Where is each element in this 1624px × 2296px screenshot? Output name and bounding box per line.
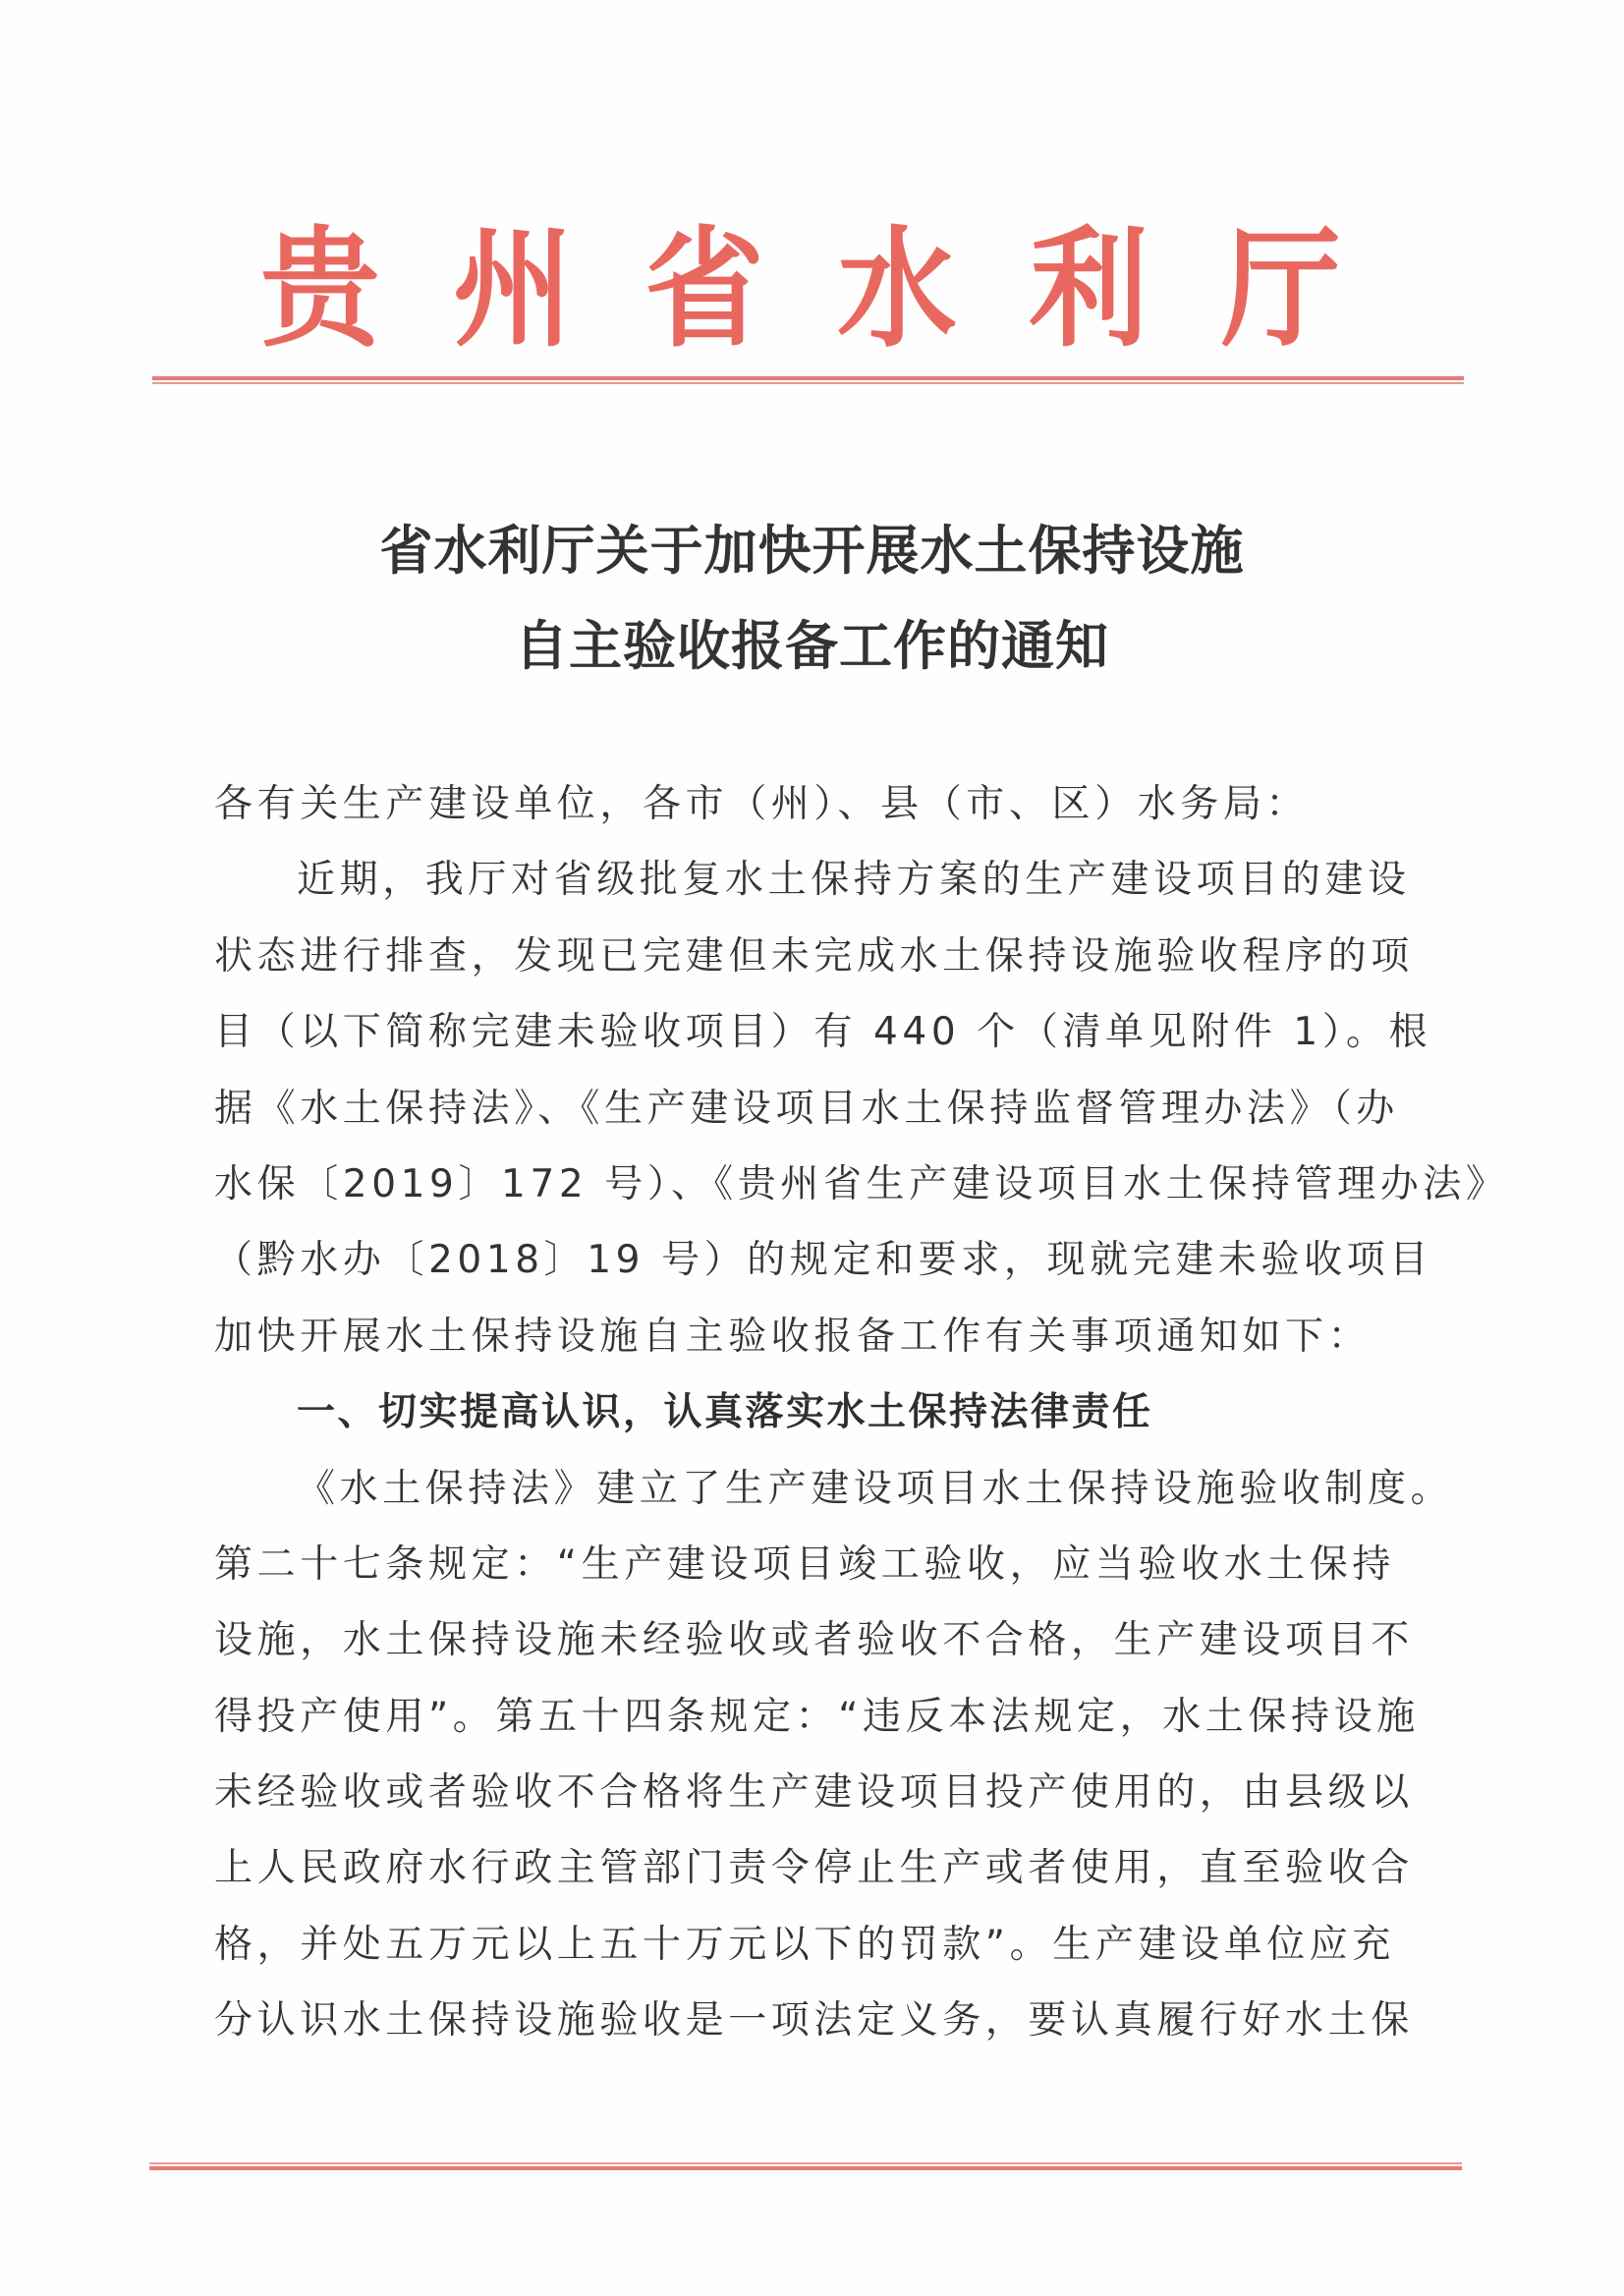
paragraph-line: 状态进行排查，发现已完建但未完成水土保持设施验收程序的项 bbox=[214, 919, 1423, 994]
paragraph-line: （黔水办〔2018〕19 号）的规定和要求，现就完建未验收项目 bbox=[214, 1222, 1423, 1298]
paragraph-line: 分认识水土保持设施验收是一项法定义务，要认真履行好水土保 bbox=[214, 1983, 1423, 2058]
paragraph-line: 设施，水土保持设施未经验收或者验收不合格，生产建设项目不 bbox=[214, 1602, 1423, 1678]
letterhead-char: 水 bbox=[837, 216, 956, 364]
letterhead-title: 贵 州 省 水 利 厅 bbox=[255, 216, 1346, 364]
paragraph-line: 加快开展水土保持设施自主验收报备工作有关事项通知如下： bbox=[214, 1299, 1423, 1374]
document-title-line-2: 自主验收报备工作的通知 bbox=[0, 604, 1624, 680]
paragraph-line: 格，并处五万元以上五十万元以下的罚款”。生产建设单位应充 bbox=[214, 1907, 1423, 1983]
document-page: 贵 州 省 水 利 厅 省水利厅关于加快开展水土保持设施 自主验收报备工作的通知… bbox=[0, 0, 1624, 2296]
letterhead-char: 利 bbox=[1030, 216, 1148, 364]
letterhead-divider bbox=[152, 376, 1464, 384]
paragraph-line: 水保〔2019〕172 号）、《贵州省生产建设项目水土保持管理办法》 bbox=[214, 1147, 1423, 1222]
paragraph-line: 第二十七条规定：“生产建设项目竣工验收，应当验收水土保持 bbox=[214, 1527, 1423, 1602]
paragraph-line: 未经验收或者验收不合格将生产建设项目投产使用的，由县级以 bbox=[214, 1755, 1423, 1830]
letterhead-char: 省 bbox=[644, 216, 763, 364]
letterhead-char: 贵 bbox=[260, 216, 379, 364]
footer-divider bbox=[149, 2162, 1462, 2170]
paragraph-line: 近期，我厅对省级批复水土保持方案的生产建设项目的建设 bbox=[214, 842, 1423, 918]
paragraph-line: 目（以下简称完建未验收项目）有 440 个（清单见附件 1）。根 bbox=[214, 994, 1423, 1070]
paragraph-line: 上人民政府水行政主管部门责令停止生产或者使用，直至验收合 bbox=[214, 1830, 1423, 1906]
paragraph-line: 据《水土保持法》、《生产建设项目水土保持监督管理办法》（办 bbox=[214, 1071, 1423, 1147]
paragraph-line: 《水土保持法》建立了生产建设项目水土保持设施验收制度。 bbox=[214, 1451, 1423, 1527]
paragraph-line: 得投产使用”。第五十四条规定：“违反本法规定，水土保持设施 bbox=[214, 1679, 1423, 1755]
letterhead-char: 州 bbox=[453, 216, 572, 364]
salutation: 各有关生产建设单位，各市（州）、县（市、区）水务局： bbox=[214, 766, 1423, 842]
section-heading: 一、切实提高认识，认真落实水土保持法律责任 bbox=[214, 1374, 1423, 1450]
document-body: 各有关生产建设单位，各市（州）、县（市、区）水务局： 近期，我厅对省级批复水土保… bbox=[214, 766, 1423, 2059]
letterhead-char: 厅 bbox=[1221, 216, 1340, 364]
document-title-line-1: 省水利厅关于加快开展水土保持设施 bbox=[0, 509, 1624, 585]
